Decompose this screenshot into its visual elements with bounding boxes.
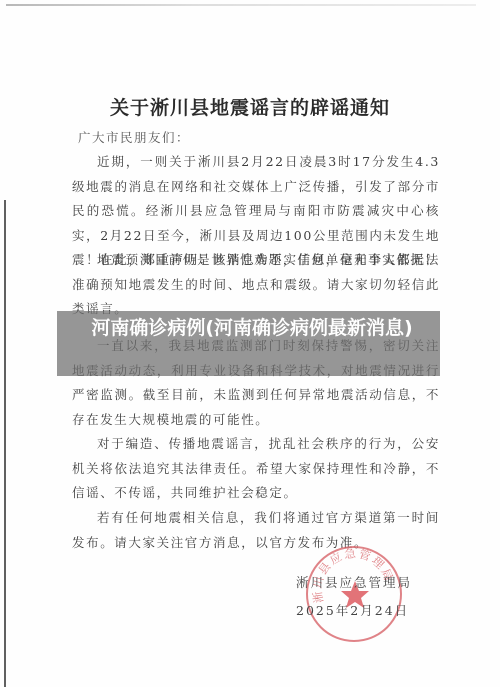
document-title: 关于淅川县地震谣言的辟谣通知 — [0, 93, 500, 120]
official-seal: 淅川县应急管理局 — [306, 546, 402, 642]
scan-top-edge — [6, 4, 476, 6]
caption-text: 河南确诊病例(河南确诊病例最新消息) — [67, 315, 437, 342]
salutation: 广大市民朋友们： — [78, 128, 190, 146]
paragraph-4: 对于编造、传播地震谣言，扰乱社会秩序的行为，公安机关将依法追究其法律责任。希望大… — [72, 432, 440, 506]
signature-issuer: 淅川县应急管理局 — [296, 573, 412, 591]
scan-left-edge — [4, 200, 6, 687]
signature-date: 2025年2月24日 — [296, 601, 409, 619]
document-page: 关于淅川县地震谣言的辟谣通知 广大市民朋友们： 近期，一则关于淅川县2月22日凌… — [0, 0, 500, 687]
caption-banner: 河南确诊病例(河南确诊病例最新消息) — [57, 311, 440, 376]
